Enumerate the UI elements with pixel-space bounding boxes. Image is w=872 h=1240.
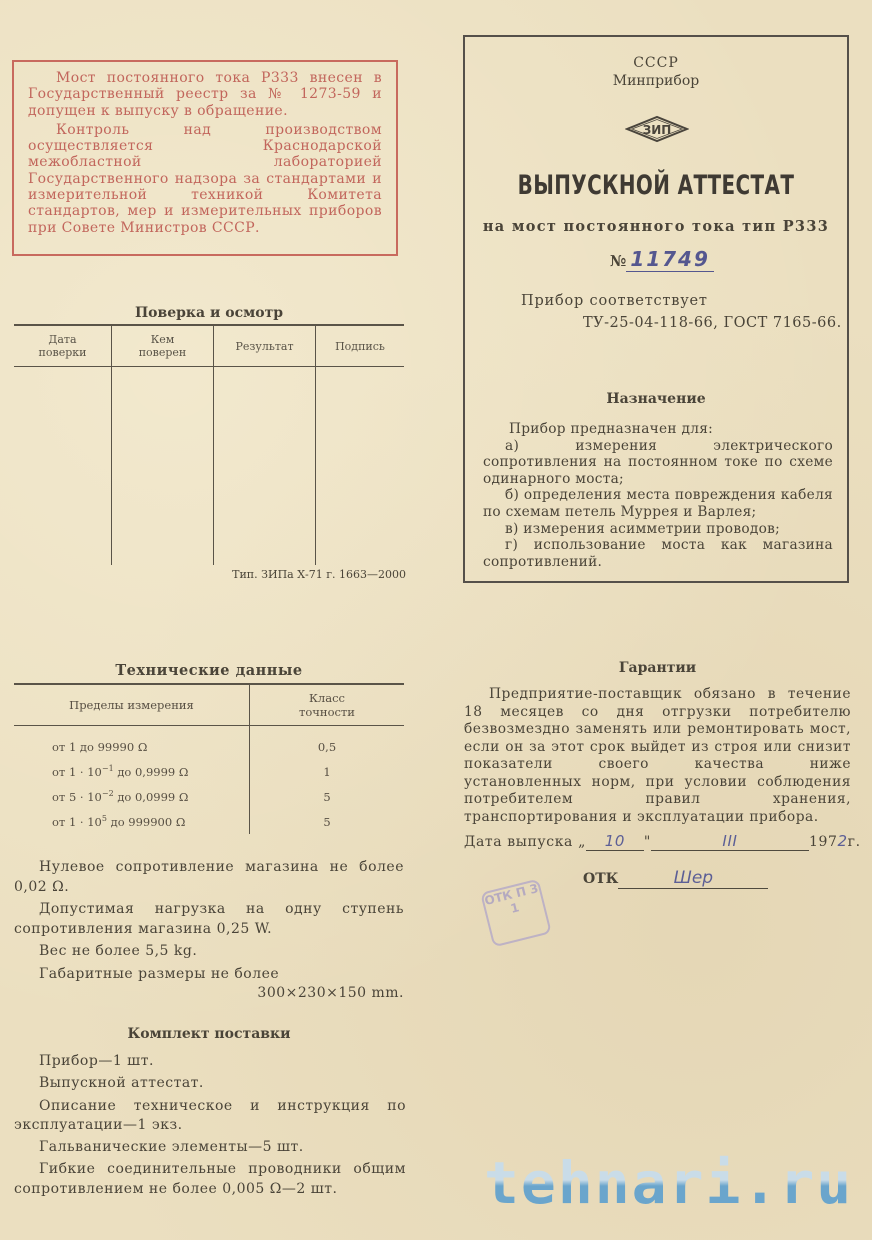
column-header-result: Результат <box>214 325 316 367</box>
printing-info: Тип. ЗИПа Х-71 г. 1663—2000 <box>220 568 406 581</box>
svg-text:ЗИП: ЗИП <box>643 123 672 137</box>
zip-logo-icon: ЗИП <box>625 115 689 143</box>
purpose-title: Назначение <box>465 391 847 407</box>
number-label: № <box>610 252 626 270</box>
range-cell: от 1 до 99990 Ω <box>14 726 250 760</box>
registry-paragraph-2: Контроль над производством осуществляетс… <box>28 122 382 236</box>
technical-data-table: Пределы измерения Классточности от 1 до … <box>14 683 404 834</box>
kit-item: Выпускной аттестат. <box>14 1074 406 1093</box>
kit-item: Прибор—1 шт. <box>14 1052 406 1071</box>
table-row: от 1 · 105 до 999900 Ω 5 <box>14 809 404 834</box>
range-cell: от 1 · 10−1 до 0,9999 Ω <box>14 759 250 784</box>
kit-item: Описание техническое и инструкция по экс… <box>14 1097 406 1136</box>
kit-item: Гальванические элементы—5 шт. <box>14 1138 406 1157</box>
certificate-number: №11749 <box>610 247 714 272</box>
watermark-logo: tehnari.ru <box>484 1153 853 1213</box>
class-cell: 5 <box>250 809 405 834</box>
column-header-date: Датаповерки <box>14 325 112 367</box>
empty-cell <box>14 367 112 566</box>
specifications: Нулевое сопротивление магазина не более … <box>14 858 404 1007</box>
guarantee-title: Гарантии <box>460 660 855 676</box>
purpose-item: в) измерения асимметрии проводов; <box>483 521 833 538</box>
purpose-item: а) измерения электрического сопротивлени… <box>483 438 833 488</box>
certificate-title: ВЫПУСКНОЙ АТТЕСТАТ <box>499 170 812 201</box>
column-header-range: Пределы измерения <box>14 684 250 726</box>
spec-load: Допустимая нагрузка на одну ступень сопр… <box>14 900 404 939</box>
delivery-kit-title: Комплект поставки <box>14 1026 404 1042</box>
empty-cell <box>112 367 214 566</box>
quality-control-stamp: ОТК П 3 1 <box>480 879 552 948</box>
release-date-row: Дата выпуска „10"III1972г. <box>464 832 854 851</box>
table-row: от 1 до 99990 Ω 0,5 <box>14 726 404 760</box>
class-cell: 0,5 <box>250 726 405 760</box>
release-date-label: Дата выпуска <box>464 834 573 850</box>
column-header-checked-by: Кемповерен <box>112 325 214 367</box>
otk-label: ОТК <box>583 871 618 887</box>
spec-dimensions-value: 300×230×150 mm. <box>14 984 404 1004</box>
range-cell: от 1 · 105 до 999900 Ω <box>14 809 250 834</box>
otk-signature-row: ОТКШер <box>583 868 768 889</box>
column-header-accuracy-class: Классточности <box>250 684 405 726</box>
conformity-line-1: Прибор соответствует <box>521 293 708 309</box>
empty-cell <box>316 367 405 566</box>
ministry-label: Минприбор <box>465 73 847 89</box>
purpose-item: г) использование моста как магазина сопр… <box>483 537 833 570</box>
country-label: СССР <box>465 55 847 71</box>
spec-dimensions-label: Габаритные размеры не более <box>14 965 404 985</box>
table-row <box>14 367 404 566</box>
certificate-box: СССР Минприбор ЗИП ВЫПУСКНОЙ АТТЕСТАТ на… <box>463 35 849 583</box>
delivery-kit-list: Прибор—1 шт. Выпускной аттестат. Описани… <box>14 1052 406 1202</box>
registry-notice-box: Мост постоянного тока Р333 внесен в Госу… <box>12 60 398 256</box>
conformity-line-2: ТУ-25-04-118-66, ГОСТ 7165-66. <box>583 315 842 331</box>
class-cell: 1 <box>250 759 405 784</box>
inspection-table: Датаповерки Кемповерен Результат Подпись <box>14 324 404 565</box>
release-day-field: 10 <box>586 832 644 851</box>
release-month-field: III <box>651 832 809 851</box>
column-header-signature: Подпись <box>316 325 405 367</box>
guarantee-text: Предприятие-поставщик обязано в течение … <box>464 686 851 826</box>
purpose-item: б) определения места повреждения кабеля … <box>483 487 833 520</box>
purpose-body: Прибор предназначен для: а) измерения эл… <box>483 421 833 570</box>
release-year: 1972г. <box>809 834 861 850</box>
inspection-title: Поверка и осмотр <box>14 305 404 321</box>
empty-cell <box>214 367 316 566</box>
certificate-subtitle: на мост постоянного тока тип Р333 <box>465 218 847 235</box>
table-row: от 1 · 10−1 до 0,9999 Ω 1 <box>14 759 404 784</box>
table-row: от 5 · 10−2 до 0,0999 Ω 5 <box>14 784 404 809</box>
registry-paragraph-1: Мост постоянного тока Р333 внесен в Госу… <box>28 70 382 119</box>
purpose-intro: Прибор предназначен для: <box>483 421 833 438</box>
spec-zero-resistance: Нулевое сопротивление магазина не более … <box>14 858 404 897</box>
class-cell: 5 <box>250 784 405 809</box>
handwritten-serial-number: 11749 <box>626 247 714 272</box>
kit-item: Гибкие соединительные проводники общим с… <box>14 1160 406 1199</box>
technical-data-title: Технические данные <box>14 662 404 679</box>
range-cell: от 5 · 10−2 до 0,0999 Ω <box>14 784 250 809</box>
otk-signature-field: Шер <box>618 868 768 889</box>
spec-weight: Вес не более 5,5 kg. <box>14 942 404 962</box>
